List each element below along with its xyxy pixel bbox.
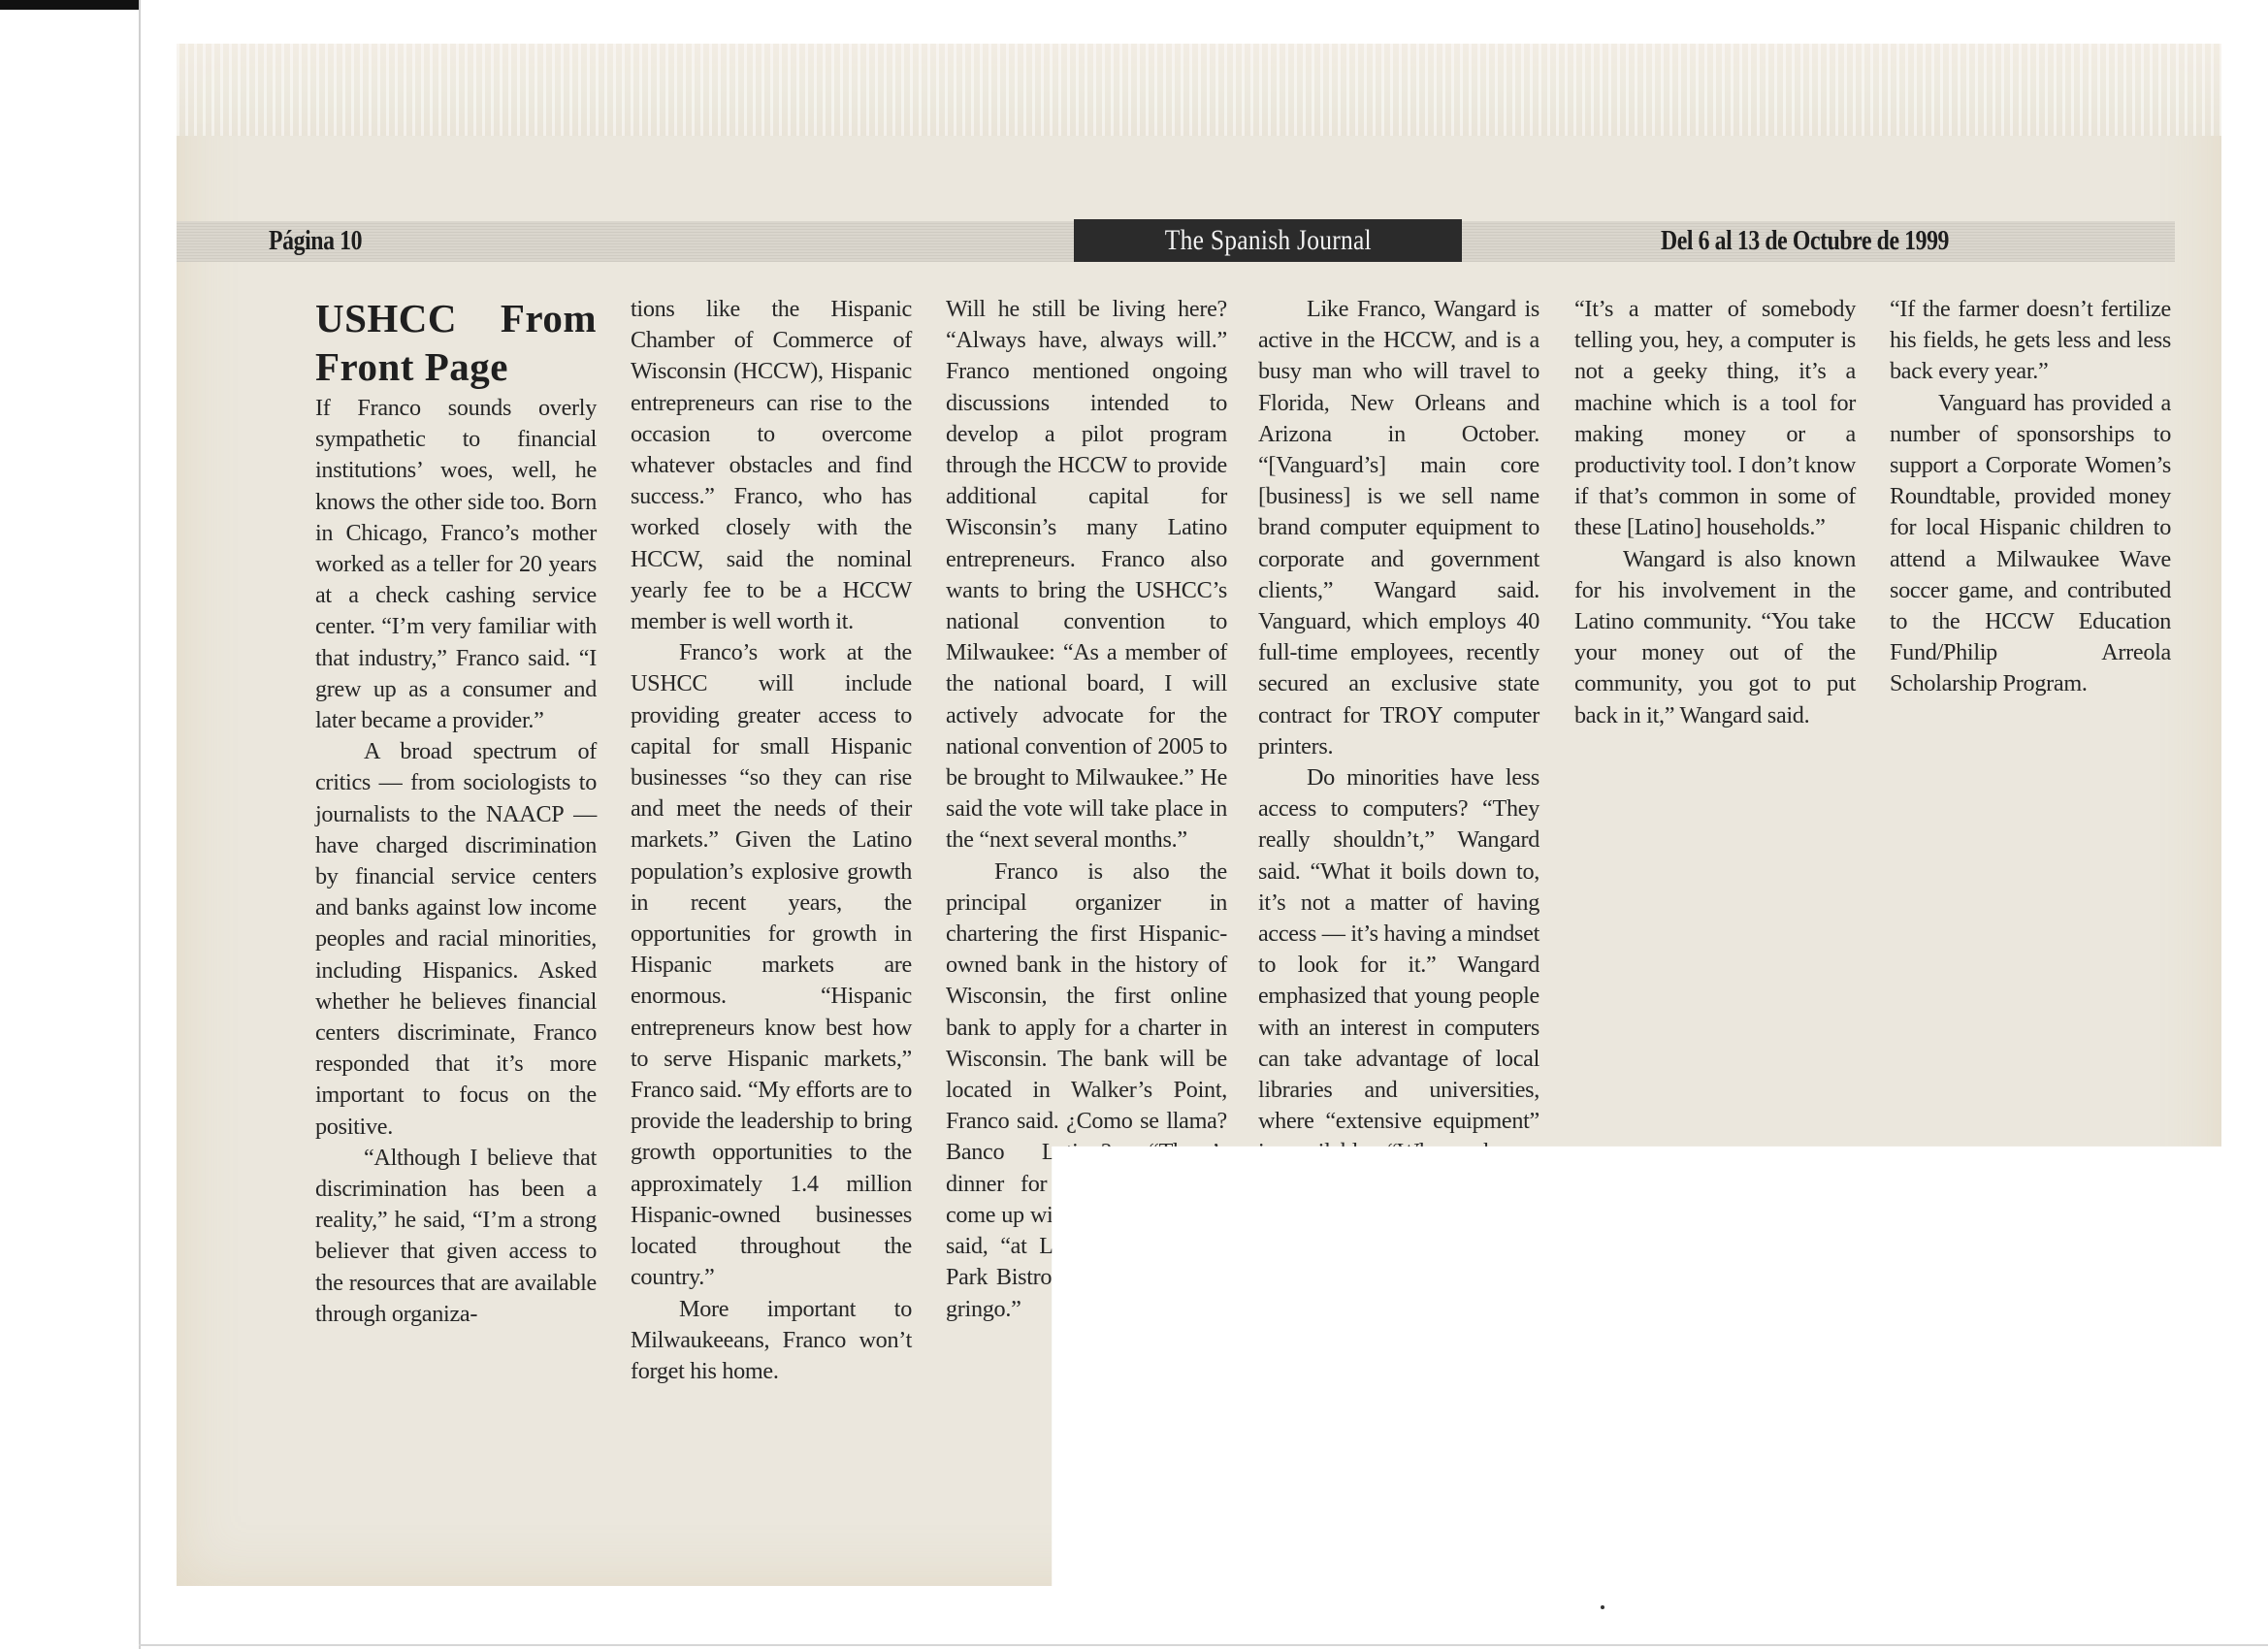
paragraph: “It’s a matter of somebody telling you, …	[1574, 294, 1856, 544]
paragraph: A broad spectrum of critics — from socio…	[315, 736, 597, 1143]
paragraph: Vanguard has provided a number of sponso…	[1890, 388, 2171, 700]
paragraph: Like Franco, Wangard is active in the HC…	[1258, 294, 1539, 762]
article-column-5: “It’s a matter of somebody telling you, …	[1574, 294, 1856, 731]
paragraph: If Franco sounds overly sympathetic to f…	[315, 393, 597, 736]
article-column-6: “If the farmer doesn’t fertilize his fie…	[1890, 294, 2171, 700]
newspaper-clipping: Página 10 The Spanish Journal Del 6 al 1…	[177, 44, 2221, 1586]
paragraph: More important to Milwaukeeans, Franco w…	[631, 1294, 912, 1388]
article-column-2: tions like the Hispanic Chamber of Comme…	[631, 294, 912, 1387]
article-column-4: Like Franco, Wangard is active in the HC…	[1258, 294, 1539, 1325]
article-column-3: Will he still be living here? “Always ha…	[946, 294, 1227, 1325]
paragraph: “Although I believe that discrimination …	[315, 1143, 597, 1330]
newspaper-nameplate: The Spanish Journal	[1074, 219, 1462, 262]
scanner-edge	[139, 0, 141, 1649]
paragraph: tions like the Hispanic Chamber of Comme…	[631, 294, 912, 637]
paragraph: Franco is also the principal organizer i…	[946, 857, 1227, 1325]
paragraph: Will he still be living here? “Always ha…	[946, 294, 1227, 857]
issue-date: Del 6 al 13 de Octubre de 1999	[1661, 225, 1949, 257]
paragraph: Wangard is also known for his involvemen…	[1574, 544, 1856, 731]
article-headline: USHCC From Front Page	[315, 294, 597, 391]
perforated-edge	[177, 44, 2221, 136]
newspaper-title: The Spanish Journal	[1164, 224, 1371, 257]
scanner-edge	[0, 0, 141, 10]
dust-speck	[1601, 1605, 1604, 1609]
article-column-1: USHCC From Front Page If Franco sounds o…	[315, 294, 597, 1330]
masthead-bar: Página 10 The Spanish Journal Del 6 al 1…	[177, 221, 2175, 262]
page-number: Página 10	[269, 225, 362, 257]
paragraph: Franco’s work at the USHCC will include …	[631, 637, 912, 1293]
paragraph: Do minorities have less access to comput…	[1258, 762, 1539, 1231]
scanner-edge	[139, 1644, 2268, 1646]
paragraph: But Wangard said Latino children may lac…	[1258, 1231, 1539, 1325]
paragraph: “If the farmer doesn’t fertilize his fie…	[1890, 294, 2171, 388]
